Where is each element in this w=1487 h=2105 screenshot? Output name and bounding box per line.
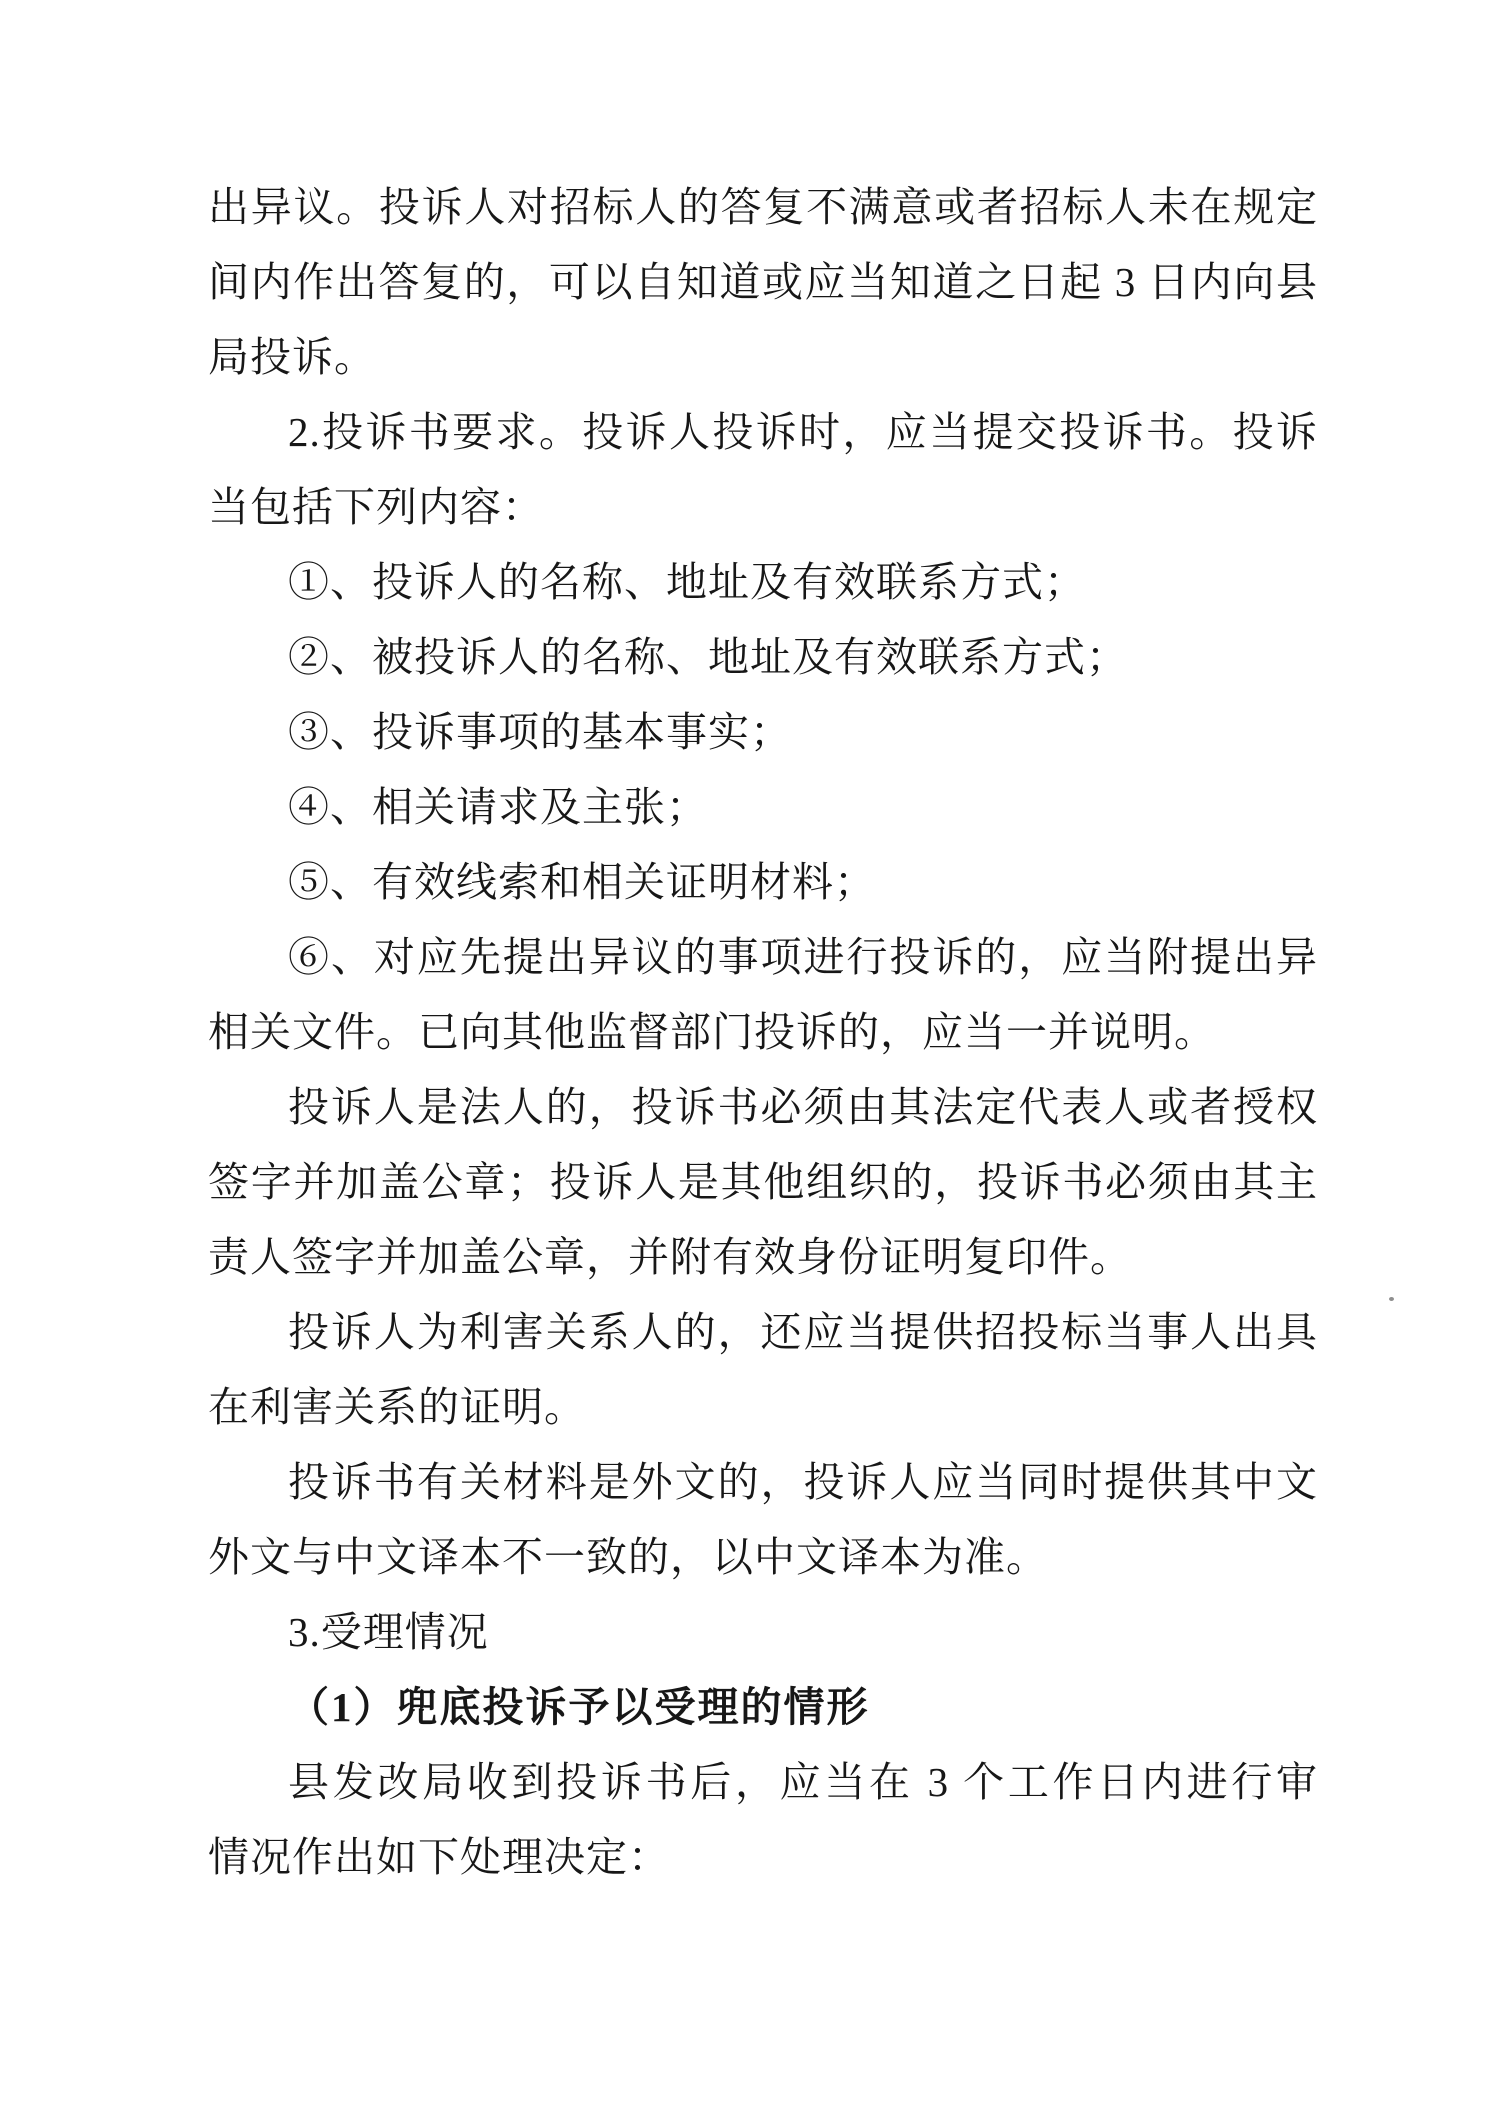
text-line: 出异议。投诉人对招标人的答复不满意或者招标人未在规定的时	[208, 170, 1318, 245]
text-line: ③、投诉事项的基本事实；	[208, 695, 1318, 770]
text-line: ④、相关请求及主张；	[208, 770, 1318, 845]
text-line: 局投诉。	[208, 320, 1318, 395]
text-line: 签字并加盖公章；投诉人是其他组织的，投诉书必须由其主要负	[208, 1145, 1318, 1220]
text-line: 当包括下列内容：	[208, 470, 1318, 545]
text-line: ⑤、有效线索和相关证明材料；	[208, 845, 1318, 920]
text-line: 县发改局收到投诉书后，应当在 3 个工作日内进行审查，视	[208, 1745, 1318, 1820]
text-line: 间内作出答复的，可以自知道或应当知道之日起 3 日内向县发改	[208, 245, 1318, 320]
text-line: ②、被投诉人的名称、地址及有效联系方式；	[208, 620, 1318, 695]
text-line: ⑥、对应先提出异议的事项进行投诉的，应当附提出异议的	[208, 920, 1318, 995]
scanned-document-screenshot: { "page": { "background_color": "#ffffff…	[0, 0, 1487, 2105]
text-line: 3.受理情况	[208, 1595, 1318, 1670]
text-line: 投诉人是法人的，投诉书必须由其法定代表人或者授权代表	[208, 1070, 1318, 1145]
document-text-block: 出异议。投诉人对招标人的答复不满意或者招标人未在规定的时间内作出答复的，可以自知…	[208, 170, 1318, 1895]
scan-artifact-speck	[1389, 1297, 1394, 1301]
text-line: 在利害关系的证明。	[208, 1370, 1318, 1445]
text-line: 投诉书有关材料是外文的，投诉人应当同时提供其中文译本	[208, 1445, 1318, 1520]
text-line: 外文与中文译本不一致的，以中文译本为准。	[208, 1520, 1318, 1595]
text-line: 相关文件。已向其他监督部门投诉的，应当一并说明。	[208, 995, 1318, 1070]
text-line: ①、投诉人的名称、地址及有效联系方式；	[208, 545, 1318, 620]
text-line: 责人签字并加盖公章，并附有效身份证明复印件。	[208, 1220, 1318, 1295]
document-page: 出异议。投诉人对招标人的答复不满意或者招标人未在规定的时间内作出答复的，可以自知…	[0, 0, 1487, 2105]
text-line: 情况作出如下处理决定：	[208, 1820, 1318, 1895]
text-line: 2.投诉书要求。投诉人投诉时，应当提交投诉书。投诉书应	[208, 395, 1318, 470]
text-line: 投诉人为利害关系人的，还应当提供招投标当事人出具的存	[208, 1295, 1318, 1370]
text-line: （1）兜底投诉予以受理的情形	[208, 1670, 1318, 1745]
